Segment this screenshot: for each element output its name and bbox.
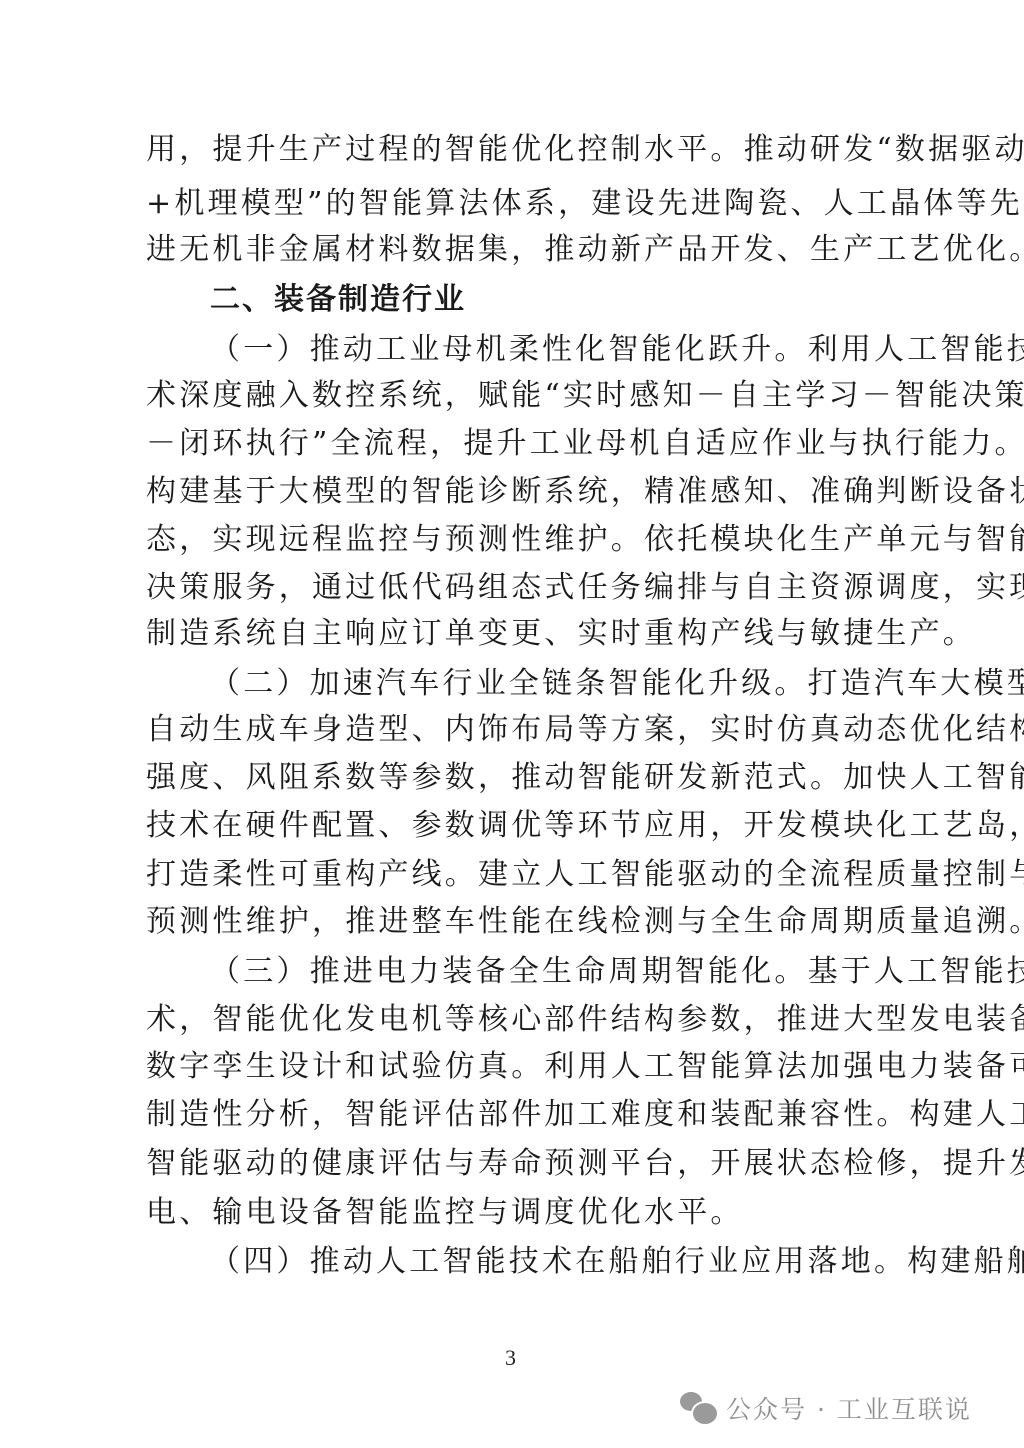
text-line: 用，提升生产过程的智能优化控制水平。推动研发“数据驱动: [146, 126, 882, 174]
paragraph-2-line: 强度、风阻系数等参数，推动智能研发新范式。加快人工智能: [146, 754, 882, 802]
text-line: 进无机非金属材料数据集，推动新产品开发、生产工艺优化。: [146, 226, 882, 274]
paragraph-4-line: （四）推动人工智能技术在船舶行业应用落地。构建船舶: [210, 1238, 882, 1286]
paragraph-2-line: （二）加速汽车行业全链条智能化升级。打造汽车大模型，: [210, 660, 882, 708]
watermark-text: 公众号 · 工业互联说: [726, 1390, 972, 1426]
paragraph-3-line: 电、输电设备智能监控与调度优化水平。: [146, 1189, 882, 1237]
document-page: 用，提升生产过程的智能优化控制水平。推动研发“数据驱动 +机理模型”的智能算法体…: [0, 0, 1024, 1448]
section-heading: 二、装备制造行业: [210, 276, 466, 324]
paragraph-2-line: 打造柔性可重构产线。建立人工智能驱动的全流程质量控制与: [146, 851, 882, 899]
paragraph-1-line: 术深度融入数控系统，赋能“实时感知－自主学习－智能决策: [146, 372, 882, 420]
paragraph-3-line: 术，智能优化发电机等核心部件结构参数，推进大型发电装备: [146, 996, 882, 1044]
paragraph-2-line: 技术在硬件配置、参数调优等环节应用，开发模块化工艺岛，: [146, 802, 882, 850]
paragraph-1-line: 制造系统自主响应订单变更、实时重构产线与敏捷生产。: [146, 610, 882, 658]
watermark: 公众号 · 工业互联说: [680, 1388, 972, 1428]
paragraph-3-line: 数字孪生设计和试验仿真。利用人工智能算法加强电力装备可: [146, 1043, 882, 1091]
text-line: +机理模型”的智能算法体系，建设先进陶瓷、人工晶体等先: [146, 180, 882, 228]
paragraph-1-line: 态，实现远程监控与预测性维护。依托模块化生产单元与智能: [146, 516, 882, 564]
paragraph-1-line: 决策服务，通过低代码组态式任务编排与自主资源调度，实现: [146, 564, 882, 612]
wechat-icon: [680, 1392, 716, 1424]
page-number: 3: [505, 1345, 516, 1371]
paragraph-1-line: （一）推动工业母机柔性化智能化跃升。利用人工智能技: [210, 326, 882, 374]
paragraph-1-line: 构建基于大模型的智能诊断系统，精准感知、准确判断设备状: [146, 468, 882, 516]
paragraph-2-line: 预测性维护，推进整车性能在线检测与全生命周期质量追溯。: [146, 898, 882, 946]
paragraph-2-line: 自动生成车身造型、内饰布局等方案，实时仿真动态优化结构: [146, 706, 882, 754]
paragraph-3-line: 智能驱动的健康评估与寿命预测平台，开展状态检修，提升发: [146, 1140, 882, 1188]
paragraph-3-line: 制造性分析，智能评估部件加工难度和装配兼容性。构建人工: [146, 1091, 882, 1139]
paragraph-1-line: －闭环执行”全流程，提升工业母机自适应作业与执行能力。: [146, 420, 882, 468]
paragraph-3-line: （三）推进电力装备全生命周期智能化。基于人工智能技: [210, 948, 882, 996]
